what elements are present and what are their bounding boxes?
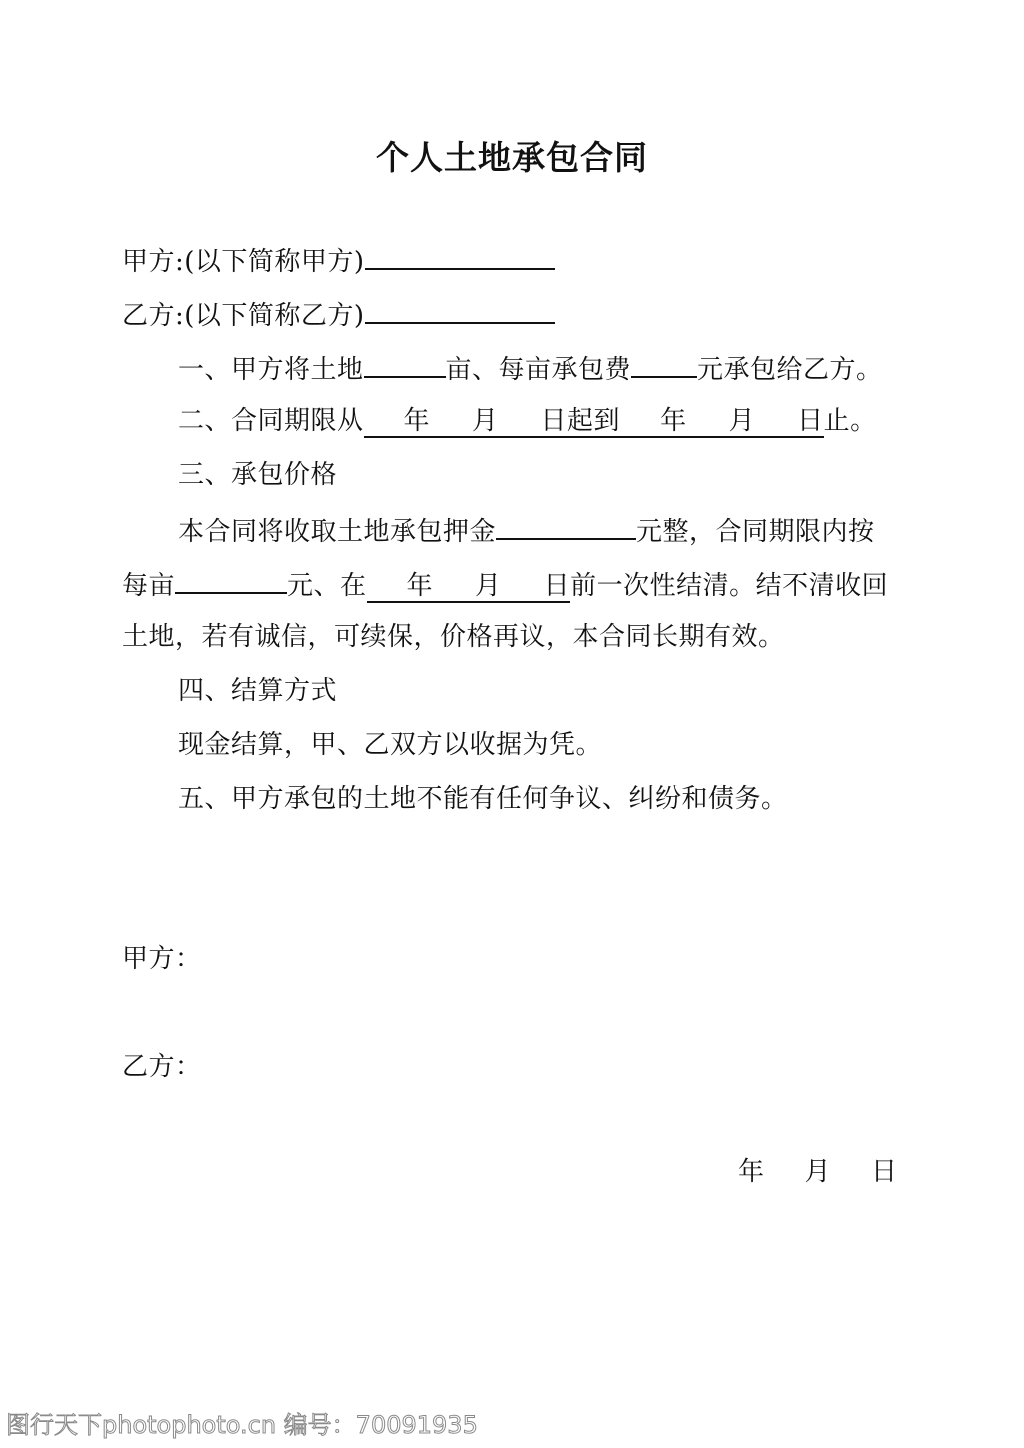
land-area-blank[interactable]: [364, 350, 446, 378]
party-b-line: 乙方:(以下简称乙方): [122, 296, 555, 333]
signature-party-a: 甲方：: [122, 942, 202, 976]
clause-3-heading: 三、承包价格: [178, 458, 337, 492]
signature-party-b: 乙方：: [122, 1050, 202, 1084]
date-day: 日: [871, 1157, 898, 1187]
party-b-label: 乙方:(以下简称乙方): [122, 301, 365, 331]
end-month: 月: [729, 406, 756, 436]
clause-1-suffix: 元承包给乙方。: [697, 355, 883, 385]
clause-5: 五、甲方承包的土地不能有任何争议、纠纷和债务。: [178, 782, 788, 816]
end-day: 日: [797, 406, 824, 436]
pay-year: 年: [407, 571, 434, 601]
clause-3-l2-prefix: 每亩: [122, 571, 175, 601]
end-year: 年: [660, 406, 687, 436]
signature-date: 年月日: [738, 1155, 898, 1189]
party-a-line: 甲方:(以下简称甲方): [122, 242, 555, 279]
clause-3-line-2: 每亩元、在年月日前一次性结清。结不清收回: [122, 566, 888, 603]
clause-4-text: 现金结算，甲、乙双方以收据为凭。: [178, 728, 602, 762]
date-month: 月: [805, 1157, 832, 1187]
clause-1-prefix: 一、甲方将土地: [178, 355, 364, 385]
payment-date-blank[interactable]: 年月日: [367, 571, 571, 603]
start-month: 月: [472, 406, 499, 436]
watermark: 图行天下photophoto.cn 编号：70091935: [6, 1405, 478, 1440]
clause-3-l1-suffix: 元整，合同期限内按: [636, 517, 875, 547]
contract-period-blank[interactable]: 年月日起到年月日: [364, 406, 824, 438]
start-day: 日起到: [541, 406, 621, 436]
pay-day: 日: [544, 571, 571, 601]
fee-per-mu-blank[interactable]: [631, 350, 697, 378]
party-b-blank[interactable]: [365, 296, 555, 324]
clause-3-l1-prefix: 本合同将收取土地承包押金: [178, 517, 496, 547]
price-per-mu-blank[interactable]: [175, 566, 287, 594]
clause-1: 一、甲方将土地亩、每亩承包费元承包给乙方。: [178, 350, 883, 387]
clause-3-line-3: 土地，若有诚信，可续保，价格再议，本合同长期有效。: [122, 620, 785, 654]
start-year: 年: [404, 406, 431, 436]
clause-2-suffix: 止。: [824, 406, 877, 436]
clause-3-line-1: 本合同将收取土地承包押金元整，合同期限内按: [178, 512, 875, 549]
clause-1-mid: 亩、每亩承包费: [446, 355, 632, 385]
party-a-label: 甲方:(以下简称甲方): [122, 247, 365, 277]
deposit-blank[interactable]: [496, 512, 636, 540]
pay-month: 月: [475, 571, 502, 601]
clause-3-l2-mid: 元、在: [287, 571, 367, 601]
document-title: 个人土地承包合同: [0, 132, 1024, 179]
clause-2: 二、合同期限从年月日起到年月日止。: [178, 404, 877, 438]
clause-3-l2-suffix: 前一次性结清。结不清收回: [570, 571, 888, 601]
date-year: 年: [738, 1157, 765, 1187]
clause-2-prefix: 二、合同期限从: [178, 406, 364, 436]
party-a-blank[interactable]: [365, 242, 555, 270]
clause-4-heading: 四、结算方式: [178, 674, 337, 708]
